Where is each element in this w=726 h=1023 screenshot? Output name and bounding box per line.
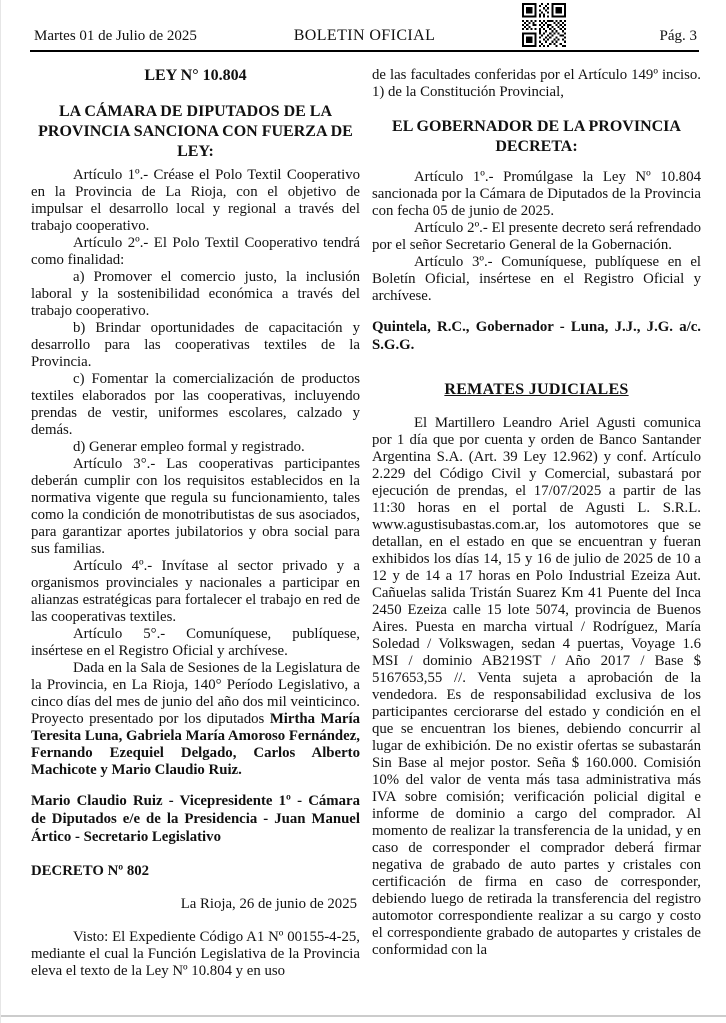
auction-notice-paragraph: El Martillero Leandro Ariel Agusti comun… — [372, 415, 701, 959]
left-column: LEY N° 10.804 LA CÁMARA DE DIPUTADOS DE … — [31, 58, 360, 980]
law-article-2-item-d: d) Generar empleo formal y registrado. — [31, 439, 360, 456]
decree-article-3: Artículo 3º.- Comuníquese, publíquese en… — [372, 254, 701, 305]
law-article-2-item-a: a) Promover el comercio justo, la inclus… — [31, 269, 360, 320]
enactment-paragraph: Dada en la Sala de Sesiones de la Legisl… — [31, 660, 360, 779]
decree-article-1: Artículo 1º.- Promúlgase la Ley Nº 10.80… — [372, 169, 701, 220]
footer-rule — [1, 1015, 726, 1017]
right-column: de las facultades conferidas por el Artí… — [372, 58, 701, 980]
visto-continuation-paragraph: de las facultades conferidas por el Artí… — [372, 67, 701, 101]
visto-paragraph: Visto: El Expediente Código A1 Nº 00155-… — [31, 929, 360, 980]
law-article-5: Artículo 5°.- Comuníquese, publíquese, i… — [31, 626, 360, 660]
bulletin-page: Martes 01 de Julio de 2025 BOLETIN OFICI… — [0, 0, 726, 1023]
governor-decree-heading: EL GOBERNADOR DE LA PROVINCIA DECRETA: — [372, 117, 701, 157]
law-article-2-item-b: b) Brindar oportunidades de capacitación… — [31, 320, 360, 371]
document-body: LEY N° 10.804 LA CÁMARA DE DIPUTADOS DE … — [31, 58, 700, 980]
decree-article-2: Artículo 2º.- El presente decreto será r… — [372, 220, 701, 254]
law-article-1: Artículo 1º.- Créase el Polo Textil Coop… — [31, 167, 360, 235]
sanction-heading: LA CÁMARA DE DIPUTADOS DE LA PROVINCIA S… — [31, 102, 360, 162]
law-article-2-item-c: c) Fomentar la comercialización de produ… — [31, 371, 360, 439]
header-date: Martes 01 de Julio de 2025 — [34, 28, 197, 45]
decree-dateline: La Rioja, 26 de junio de 2025 — [31, 896, 360, 913]
legislative-signers-line: Mario Claudio Ruiz - Vicepresidente 1º -… — [31, 792, 360, 846]
law-article-3: Artículo 3°.- Las cooperativas participa… — [31, 456, 360, 558]
qr-code-icon — [522, 3, 566, 47]
law-article-2: Artículo 2º.- El Polo Textil Cooperativo… — [31, 235, 360, 269]
page-header: Martes 01 de Julio de 2025 BOLETIN OFICI… — [30, 0, 699, 52]
bulletin-title: BOLETIN OFICIAL — [294, 27, 436, 45]
governor-signature-line: Quintela, R.C., Gobernador - Luna, J.J.,… — [372, 318, 701, 354]
decree-number-heading: DECRETO Nº 802 — [31, 862, 360, 880]
law-article-4: Artículo 4º.- Invítase al sector privado… — [31, 558, 360, 626]
page-number: Pág. 3 — [660, 28, 698, 45]
law-number-title: LEY N° 10.804 — [31, 66, 360, 86]
remates-judiciales-heading: REMATES JUDICIALES — [372, 380, 701, 400]
